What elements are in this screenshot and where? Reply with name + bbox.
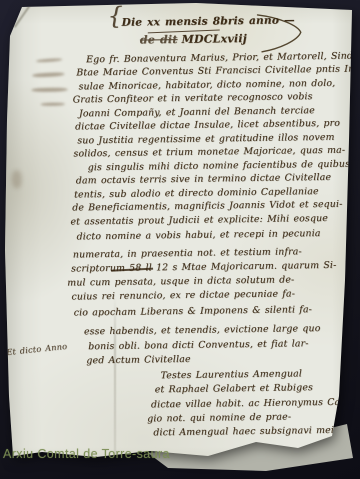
manuscript-line: tentis, sub alodio et directo dominio Ca… bbox=[74, 186, 319, 200]
witness-line: dictae villae habit. ac Hieronymus Car- bbox=[151, 397, 348, 411]
ink-smudge bbox=[32, 88, 68, 93]
manuscript-line: dictae Civitellae dictae Insulae, licet … bbox=[75, 118, 340, 133]
manuscript-line: mul cum pensata, usque in dicta solutum … bbox=[67, 274, 294, 288]
struck-words: de dit bbox=[140, 33, 178, 47]
manuscript-line: dicto nomine a vobis habui, et recepi in… bbox=[77, 228, 321, 242]
manuscript-line: cuius rei renuncio, ex re dictae pecunia… bbox=[71, 288, 295, 302]
manuscript-line: de Beneficiamentis, magnificis Joannis V… bbox=[72, 199, 342, 214]
manuscript-line: numerata, in praesentia not. et testium … bbox=[73, 246, 302, 260]
witness-line: Testes Laurentius Amengual bbox=[160, 368, 302, 381]
ink-blot bbox=[12, 170, 22, 188]
ink-smudge bbox=[32, 72, 64, 78]
manuscript-line: Joanni Compañy, et Joanni del Benanch te… bbox=[79, 105, 315, 119]
ink-smudge bbox=[41, 103, 65, 106]
fold-crease bbox=[114, 298, 116, 456]
manuscript-line: dam octavis terris sive in termino dicta… bbox=[76, 172, 331, 187]
year-roman-numerals: MDCLxviij bbox=[181, 32, 246, 46]
manuscript-line: bonis obli. bona dicti Conventus, et fia… bbox=[88, 338, 309, 352]
manuscript-line: et assentatis prout Judicii et explicite… bbox=[70, 213, 328, 228]
heading-year-line: de ditMDCLxviij bbox=[140, 33, 247, 45]
witness-line: dicti Amengual haec subsignavi mei bbox=[153, 425, 334, 439]
manuscript-line: gis singulis mihi dicto nomine facientib… bbox=[88, 159, 354, 174]
archival-scan: { Die xx mensis 8bris anno — de ditMDCLx… bbox=[0, 0, 360, 479]
manuscript-line: suo Justitia regentissime et gratitudine… bbox=[77, 132, 334, 147]
manuscript-line: cio apocham Liberans & Imponens & silent… bbox=[74, 304, 312, 318]
witness-line: gio not. qui nomine de prae- bbox=[147, 411, 291, 424]
manuscript-line: Btae Mariae Conventus Sti Francisci Civi… bbox=[76, 64, 357, 79]
manuscript-line: solidos, census et trium monetae Majoric… bbox=[73, 145, 345, 160]
manuscript-page: { Die xx mensis 8bris anno — de ditMDCLx… bbox=[0, 0, 360, 479]
manuscript-line: scriptorum 58 ll 12 s Mtae Majoricarum. … bbox=[71, 260, 337, 275]
pen-flourish-icon bbox=[253, 8, 306, 53]
margin-annotation: Et dicto Anno bbox=[6, 341, 68, 358]
manuscript-line: Gratis Confiteor et in veritate recognos… bbox=[73, 91, 313, 105]
manuscript-line: sulae Minoricae, habitator, dicto nomine… bbox=[78, 78, 335, 93]
archive-watermark: Arxiu Comtal de Torre-saura bbox=[3, 447, 170, 461]
manuscript-text-block: { Die xx mensis 8bris anno — de ditMDCLx… bbox=[0, 0, 360, 479]
manuscript-line: ged Actum Civitellae bbox=[86, 354, 190, 366]
manuscript-line: esse habendis, et tenendis, evictione la… bbox=[84, 323, 321, 337]
witness-line: et Raphael Gelabert et Rubiges bbox=[155, 382, 313, 395]
ink-smudge bbox=[36, 58, 62, 63]
manuscript-line: Ego fr. Bonaventura Marius, Prior, et Ma… bbox=[86, 50, 360, 65]
